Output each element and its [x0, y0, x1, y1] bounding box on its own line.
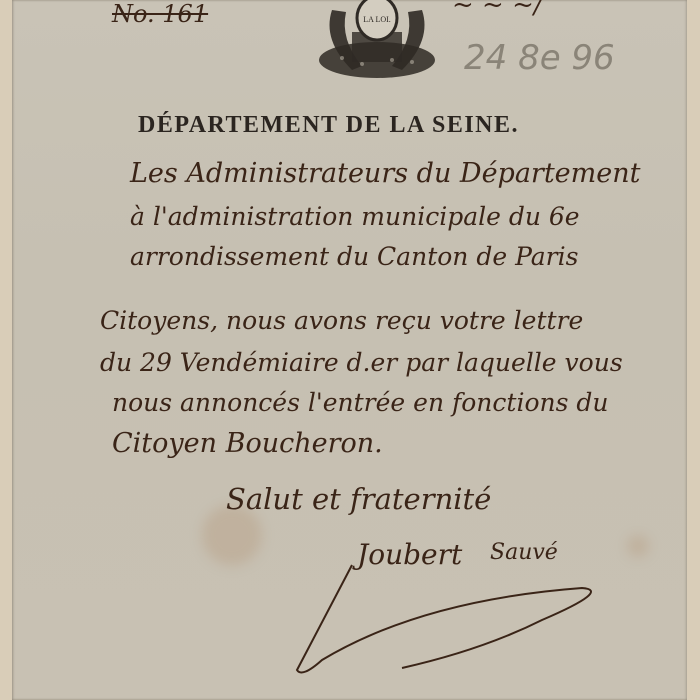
body-line: Citoyen Boucheron.	[112, 428, 383, 459]
signature-flourish-icon	[282, 560, 602, 680]
document-page: No. 161 LA LOI. ~ ~ ~/ 24 8e 96 DÉPARTEM…	[12, 0, 687, 700]
reference-number: No. 161	[112, 0, 208, 28]
body-line: du 29 Vendémiaire d.er par laquelle vous	[100, 348, 623, 377]
ink-fragment: ~ ~ ~/	[452, 0, 543, 20]
address-line: Les Administrateurs du Département	[130, 158, 640, 189]
address-line: arrondissement du Canton de Paris	[130, 242, 578, 271]
seal-emblem-icon: LA LOI.	[312, 0, 442, 84]
pencil-annotation: 24 8e 96	[464, 38, 615, 78]
svg-text:LA LOI.: LA LOI.	[363, 15, 391, 24]
address-line: à l'administration municipale du 6e	[130, 202, 580, 231]
paper-stain	[627, 535, 649, 557]
body-line: Citoyens, nous avons reçu votre lettre	[100, 306, 583, 335]
body-line: nous annoncés l'entrée en fonctions du	[112, 388, 608, 417]
closing-salutation: Salut et fraternité	[226, 482, 491, 516]
printed-title: DÉPARTEMENT DE LA SEINE.	[138, 112, 519, 139]
